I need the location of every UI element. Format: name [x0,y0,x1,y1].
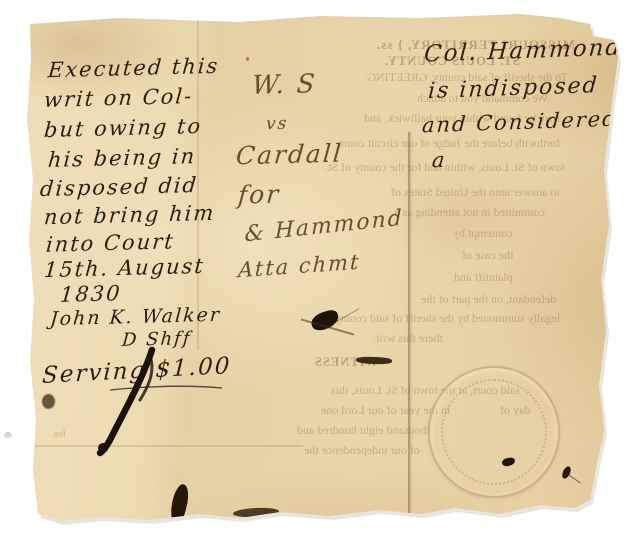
ink-blob [42,394,55,409]
handwritten-line: W. S [251,71,318,99]
handwritten-line: Atta chmt [238,252,361,282]
handwritten-fee-note: Serving $1.00 [42,355,232,388]
handwritten-line: not bring him [43,203,216,229]
handwritten-line: his being in [47,146,197,171]
red-speck [246,57,249,61]
handwritten-line: 1830 [59,283,122,306]
handwritten-line: & Hammond [244,208,403,247]
bleedthrough-line: fee. [51,430,66,440]
bleedthrough-line: forthwith before the Judge of our circui… [340,137,560,149]
bleedthrough-line: to answer unto the United States of [391,186,560,198]
handwritten-line: disposed did [39,175,199,200]
handwritten-line: but owing to [43,116,203,141]
handwritten-line: Executed this [47,56,220,82]
signature-john-k-walker: John K. Walker [49,306,221,330]
handwritten-line: writ on Col- [43,86,194,111]
document-paper: MISSOURI TERRITORY, } ss. ST. LOUIS COUN… [0,0,640,544]
scanner-dust [4,432,12,438]
handwritten-line: is indisposed [427,75,599,103]
ink-speck [561,465,573,480]
embossed-circular-seal [428,366,560,498]
handwritten-line: Cardall [235,141,344,169]
bleedthrough-line: committed in not attending as a [394,206,545,218]
handwritten-line: 15th. August [43,256,206,281]
bleedthrough-line: there this writ. [373,332,443,344]
bleedthrough-line: plaintiff and [454,271,513,283]
fold-crease [33,445,303,447]
bleedthrough-line: defendant, on the part of the [421,293,556,305]
scanner-background: MISSOURI TERRITORY, } ss. ST. LOUIS COUN… [0,0,640,544]
bleedthrough-line: thousand eight hundred and [297,424,430,436]
handwritten-line: a [431,150,447,171]
bleedthrough-line: legally summoned by the sheriff of said … [332,312,560,324]
handwritten-line: Col. Hammond [423,37,623,67]
handwritten-line: into Court [45,231,175,255]
bleedthrough-line: the case of [462,249,513,261]
bleedthrough-line: contempt by [453,227,513,239]
ink-speck-tail [567,474,581,484]
handwritten-line: and Considered [421,109,618,137]
handwritten-line: D Shff [121,330,192,350]
bleedthrough-line: of our independence the [304,444,420,456]
handwritten-line: vs [265,116,289,134]
handwritten-line: for [237,181,281,207]
